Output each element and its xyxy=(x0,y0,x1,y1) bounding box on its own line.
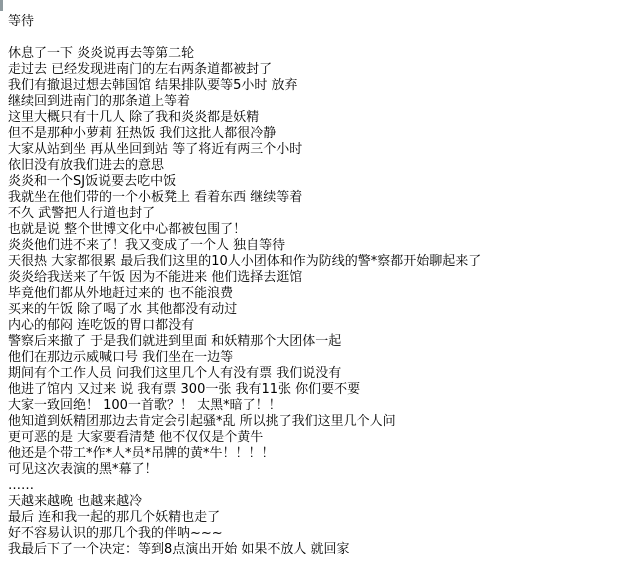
text-line: 他进了馆内 又过来 说 我有票 300一张 我有11张 你们要不要 xyxy=(8,382,614,398)
text-line: 不久 武警把人行道也封了 xyxy=(8,206,614,222)
text-line: 更可恶的是 大家要看清楚 他不仅仅是个黄牛 xyxy=(8,430,614,446)
text-line: 他还是个带工*作*人*员*吊牌的黄*牛！！！！ xyxy=(8,446,614,462)
text-line: 炎炎给我送来了午饭 因为不能进来 他们选择去逛馆 xyxy=(8,270,614,286)
text-line: 警察后来撤了 于是我们就进到里面 和妖精那个大团体一起 xyxy=(8,334,614,350)
text-line: 他们在那边示威喊口号 我们坐在一边等 xyxy=(8,350,614,366)
text-line: 我们有撤退过想去韩国馆 结果排队要等5小时 放弃 xyxy=(8,78,614,94)
text-line: 内心的郁闷 连吃饭的胃口都没有 xyxy=(8,318,614,334)
text-line: 大家一致回绝！ 100一首歌？！ 太黑*暗了！！ xyxy=(8,398,614,414)
text-line: …… xyxy=(8,478,614,494)
document-title: 等待 xyxy=(8,14,614,30)
text-line: 天越来越晚 也越来越冷 xyxy=(8,494,614,510)
text-line: 好不容易认识的那几个我的伴呐~~~ xyxy=(8,526,614,542)
text-line: 期间有个工作人员 问我们这里几个人有没有票 我们说没有 xyxy=(8,366,614,382)
text-line: 最后 连和我一起的那几个妖精也走了 xyxy=(8,510,614,526)
text-line: 但不是那种小萝莉 狂热饭 我们这批人都很冷静 xyxy=(8,126,614,142)
text-line: 我就坐在他们带的一个小板凳上 看着东西 继续等着 xyxy=(8,190,614,206)
text-line: 也就是说 整个世博文化中心都被包围了！ xyxy=(8,222,614,238)
text-line: 依旧没有放我们进去的意思 xyxy=(8,158,614,174)
text-line: 大家从站到坐 再从坐回到站 等了将近有两三个小时 xyxy=(8,142,614,158)
text-line: 炎炎和一个SJ饭说要去吃中饭 xyxy=(8,174,614,190)
text-line: 可见这次表演的黑*幕了！ xyxy=(8,462,614,478)
text-line: 买来的午饭 除了喝了水 其他都没有动过 xyxy=(8,302,614,318)
text-line: 继续回到进南门的那条道上等着 xyxy=(8,94,614,110)
text-line: 这里大概只有十几人 除了我和炎炎都是妖精 xyxy=(8,110,614,126)
text-line: 他知道到妖精团那边去肯定会引起骚*乱 所以挑了我们这里几个人问 xyxy=(8,414,614,430)
text-line: 走过去 已经发现进南门的左右两条道都被封了 xyxy=(8,62,614,78)
text-line: 我最后下了一个决定：等到8点演出开始 如果不放人 就回家 xyxy=(8,542,614,558)
text-line: 炎炎他们进不来了！我又变成了一个人 独自等待 xyxy=(8,238,614,254)
text-lines: 休息了一下 炎炎说再去等第二轮走过去 已经发现进南门的左右两条道都被封了我们有撤… xyxy=(8,46,614,558)
text-line: 毕竟他们都从外地赶过来的 也不能浪费 xyxy=(8,286,614,302)
text-line: 天很热 大家都很累 最后我们这里的10人小团体和作为防线的警*察都开始聊起来了 xyxy=(8,254,614,270)
corner-artifact xyxy=(0,0,3,11)
text-document: 等待 休息了一下 炎炎说再去等第二轮走过去 已经发现进南门的左右两条道都被封了我… xyxy=(8,14,614,558)
text-line: 休息了一下 炎炎说再去等第二轮 xyxy=(8,46,614,62)
